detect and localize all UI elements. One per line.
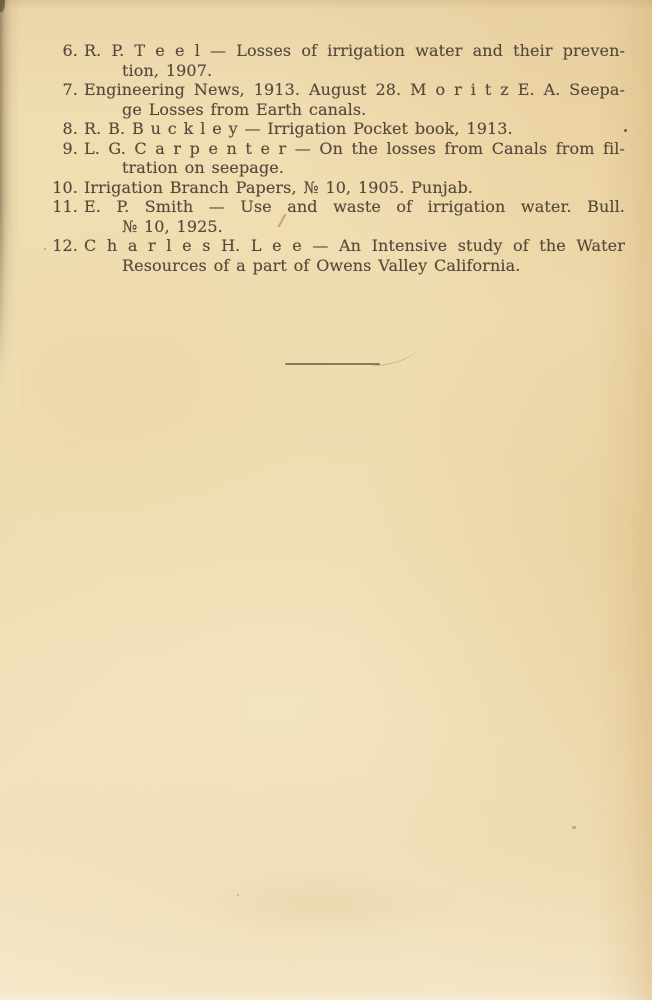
- reference-item: 8. R. B. B u c k l e y — Irrigation Pock…: [46, 119, 625, 139]
- reference-line-continuation: tion, 1907.: [84, 61, 625, 81]
- reference-text: R. B. B u c k l e y — Irrigation Pocket …: [84, 119, 625, 139]
- reference-line-continuation: tration on seepage.: [84, 158, 625, 178]
- reference-line-first: C h a r l e s H. L e e — An Intensive st…: [84, 236, 625, 256]
- reference-number: 10.: [46, 178, 78, 198]
- reference-number: 7.: [46, 80, 78, 100]
- reference-item: 11. E. P. Smith — Use and waste of irrig…: [46, 197, 625, 236]
- scanned-book-page: 6. R. P. T e e l — Losses of irrigation …: [0, 0, 652, 1000]
- reference-line-first: R. B. B u c k l e y — Irrigation Pocket …: [84, 119, 625, 139]
- reference-line-continuation: № 10, 1925.: [84, 217, 625, 237]
- reference-text: E. P. Smith — Use and waste of irrigatio…: [84, 197, 625, 236]
- reference-line-first: E. P. Smith — Use and waste of irrigatio…: [84, 197, 625, 217]
- reference-line-first: R. P. T e e l — Losses of irrigation wat…: [84, 41, 625, 61]
- scan-speck: [624, 129, 627, 132]
- page-showthrough-smudge: [140, 860, 520, 950]
- reference-number: 11.: [46, 197, 78, 217]
- reference-item: 9. L. G. C a r p e n t e r — On the loss…: [46, 139, 625, 178]
- reference-number: 6.: [46, 41, 78, 61]
- reference-text: R. P. T e e l — Losses of irrigation wat…: [84, 41, 625, 80]
- faint-scratch-mark: [371, 346, 418, 366]
- scan-speck: [44, 248, 46, 250]
- page-edge-shadow-left: [0, 0, 20, 410]
- reference-text: Engineering News, 1913. August 28. M o r…: [84, 80, 625, 119]
- scan-speck: [572, 826, 576, 829]
- reference-number: 12.: [46, 236, 78, 256]
- reference-number: 8.: [46, 119, 78, 139]
- reference-line-first: Engineering News, 1913. August 28. M o r…: [84, 80, 625, 100]
- reference-line-continuation: ge Losses from Earth canals.: [84, 100, 625, 120]
- reference-item: 12. C h a r l e s H. L e e — An Intensiv…: [46, 236, 625, 275]
- section-divider-rule: [285, 363, 380, 365]
- reference-item: 7. Engineering News, 1913. August 28. M …: [46, 80, 625, 119]
- reference-text: Irrigation Branch Papers, № 10, 1905. Pu…: [84, 178, 625, 198]
- reference-number: 9.: [46, 139, 78, 159]
- reference-line-first: L. G. C a r p e n t e r — On the losses …: [84, 139, 625, 159]
- reference-line-continuation: Resources of a part of Owens Valley Cali…: [84, 256, 625, 276]
- reference-list: 6. R. P. T e e l — Losses of irrigation …: [46, 41, 625, 275]
- reference-text: C h a r l e s H. L e e — An Intensive st…: [84, 236, 625, 275]
- reference-line-first: Irrigation Branch Papers, № 10, 1905. Pu…: [84, 178, 625, 198]
- reference-text: L. G. C a r p e n t e r — On the losses …: [84, 139, 625, 178]
- reference-item: 10. Irrigation Branch Papers, № 10, 1905…: [46, 178, 625, 198]
- reference-item: 6. R. P. T e e l — Losses of irrigation …: [46, 41, 625, 80]
